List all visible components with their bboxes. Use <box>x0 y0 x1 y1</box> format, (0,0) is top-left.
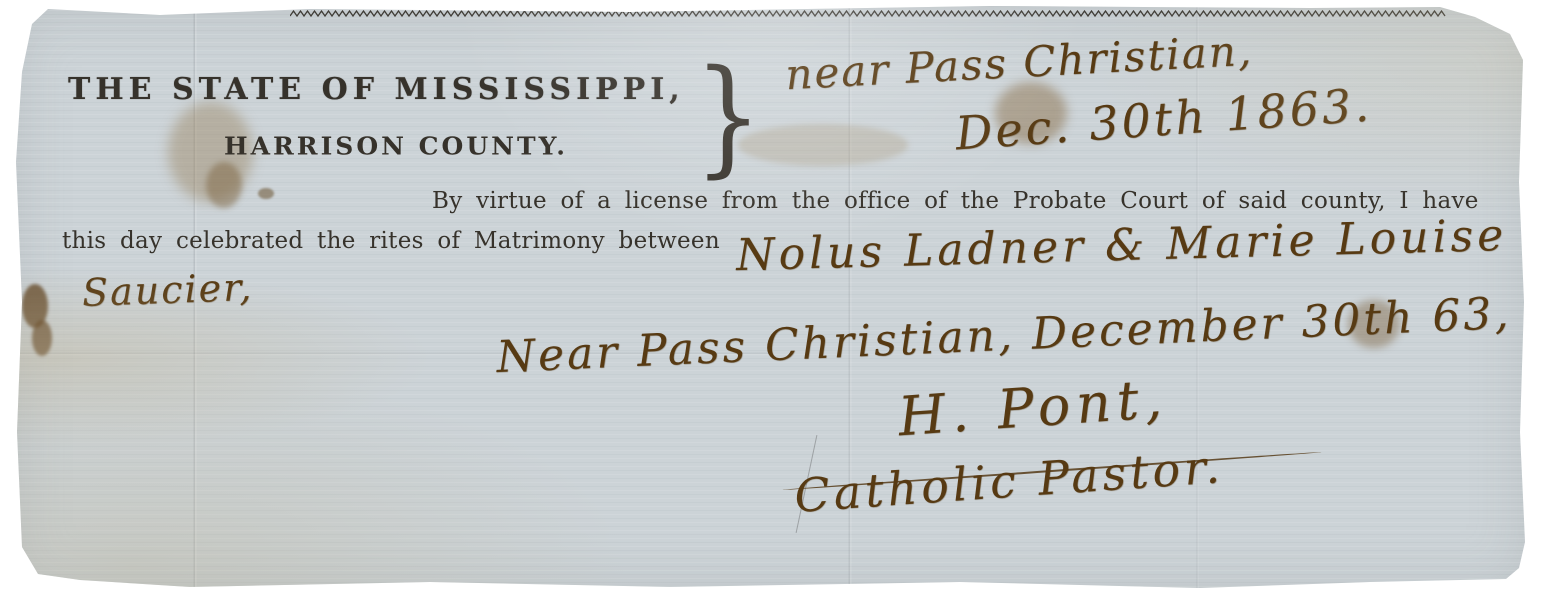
stitched-edge <box>290 9 1450 19</box>
ink-stain <box>206 162 242 208</box>
faint-ghost-marks <box>738 124 908 166</box>
handwritten-date: Dec. 30th 1863. <box>954 78 1374 161</box>
body-line-2: this day celebrated the rites of Matrimo… <box>62 228 720 254</box>
handwritten-place: near Pass Christian, <box>784 26 1254 99</box>
letterhead-brace: } <box>694 54 762 180</box>
handwritten-closing-place-date: Near Pass Christian, December 30th 63, <box>495 288 1512 383</box>
body-line-1: By virtue of a license from the office o… <box>432 188 1479 214</box>
county-title: HARRISON COUNTY. <box>224 132 568 160</box>
ink-speck <box>258 188 274 199</box>
stitched-edge-path <box>290 11 1445 16</box>
handwritten-names-continued: Saucier, <box>81 265 254 315</box>
paper-sheet: THE STATE OF MISSISSIPPI, HARRISON COUNT… <box>10 2 1532 596</box>
pastor-signature: H. Pont, <box>896 367 1169 449</box>
pastor-title: Catholic Pastor. <box>793 439 1226 523</box>
ink-blot <box>32 320 52 356</box>
ink-blot <box>22 284 48 328</box>
scanned-document: THE STATE OF MISSISSIPPI, HARRISON COUNT… <box>0 0 1541 600</box>
state-title: THE STATE OF MISSISSIPPI, <box>68 72 685 107</box>
